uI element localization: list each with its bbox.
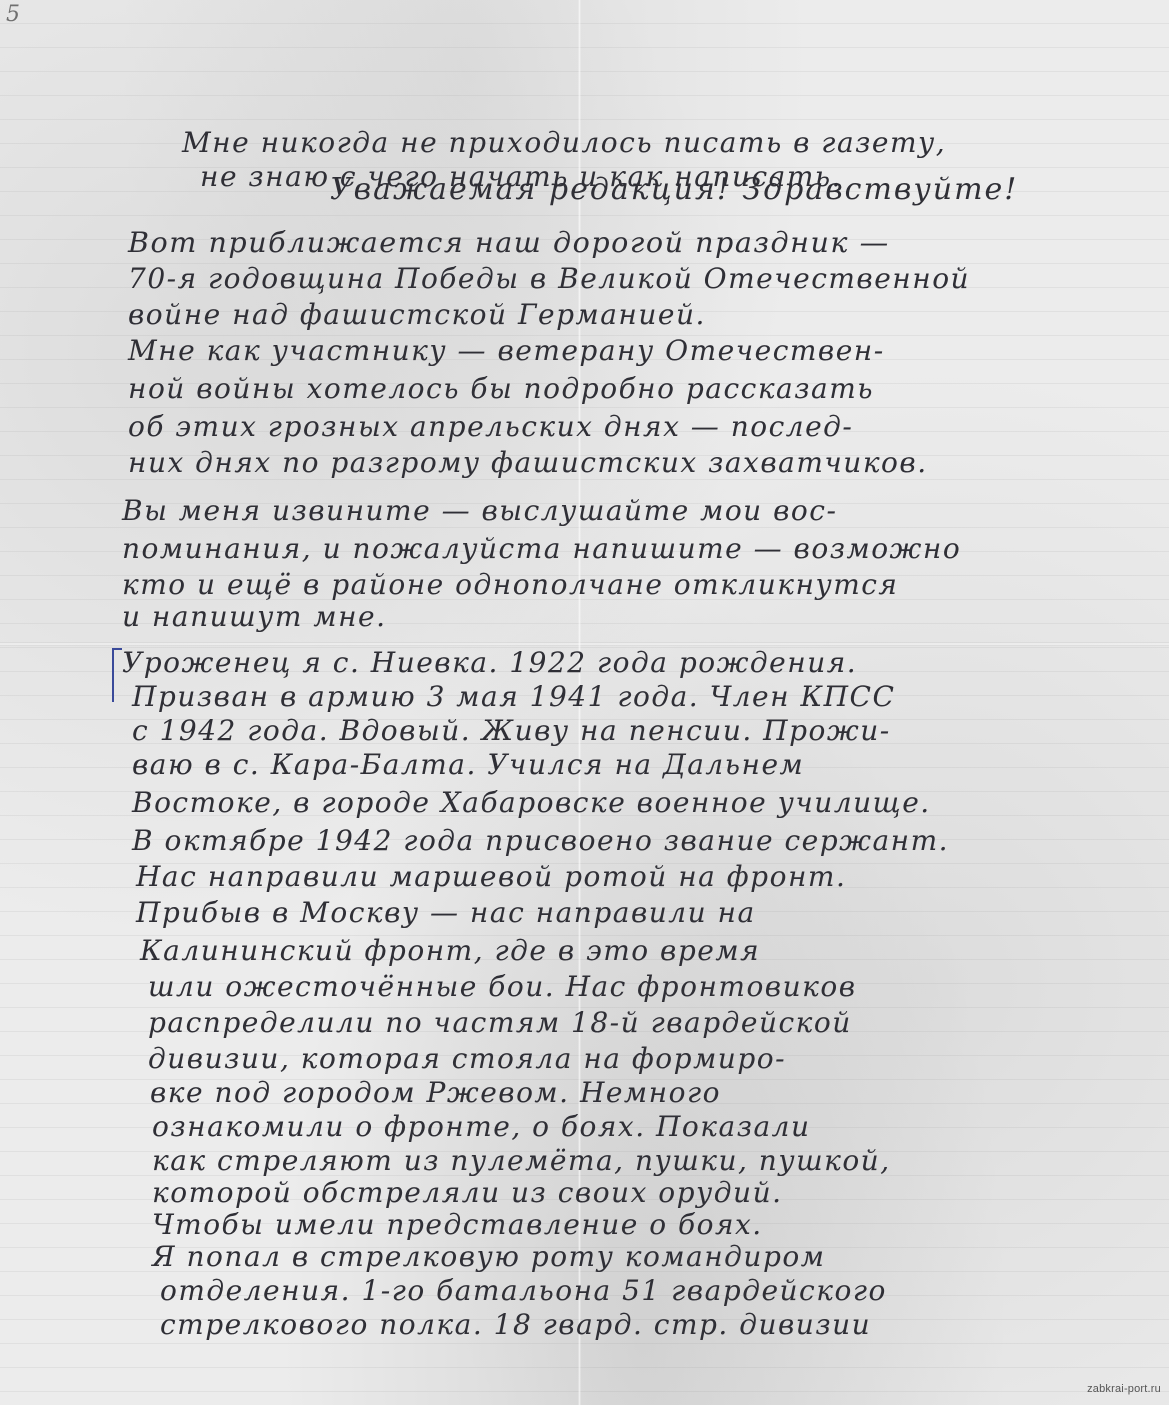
letter-line: не знаю с чего начать и как написать.	[200, 160, 842, 194]
letter-line: Востоке, в городе Хабаровске военное учи…	[132, 786, 931, 820]
letter-line: которой обстреляли из своих орудий.	[152, 1176, 783, 1210]
letter-line: и напишут мне.	[122, 600, 386, 634]
letter-line: Вот приближается наш дорогой праздник —	[128, 226, 890, 260]
letter-line: шли ожесточённые бои. Нас фронтовиков	[148, 970, 857, 1004]
letter-line: войне над фашистской Германией.	[128, 298, 706, 332]
letter-line: поминания, и пожалуйста напишите — возмо…	[122, 532, 961, 566]
letter-line: Призван в армию 3 мая 1941 года. Член КП…	[132, 680, 895, 714]
letter-line: стрелкового полка. 18 гвард. стр. дивизи…	[160, 1308, 871, 1342]
letter-line: В октябре 1942 года присвоено звание сер…	[132, 824, 949, 858]
letter-line: об этих грозных апрельских днях — послед…	[128, 410, 853, 444]
letter-line: Нас направили маршевой ротой на фронт.	[136, 860, 846, 894]
letter-line: ознакомили о фронте, о боях. Показали	[152, 1110, 811, 1144]
letter-line: Чтобы имели представление о боях.	[152, 1208, 763, 1242]
letter-line: дивизии, которая стояла на формиро-	[148, 1042, 786, 1076]
letter-line: Мне никогда не приходилось писать в газе…	[182, 126, 946, 160]
letter-line: Я попал в стрелковую роту командиром	[152, 1240, 825, 1274]
letter-line: распределили по частям 18-й гвардейской	[148, 1006, 852, 1040]
letter-line: как стреляют из пулемёта, пушки, пушкой,	[152, 1144, 891, 1178]
scanned-letter-page: 5 Уважаемая редакция! Здравствуйте! Мне …	[0, 0, 1169, 1405]
letter-line: них днях по разгрому фашистских захватчи…	[128, 446, 928, 480]
letter-line: кто и ещё в районе однополчане откликнут…	[122, 568, 898, 602]
letter-line: Мне как участнику — ветерану Отечествен-	[128, 334, 885, 368]
site-watermark: zabkrai-port.ru	[1087, 1383, 1161, 1395]
letter-line: вке под городом Ржевом. Немного	[150, 1076, 721, 1110]
letter-line: Вы меня извините — выслушайте мои вос-	[122, 494, 837, 528]
letter-line: 70-я годовщина Победы в Великой Отечеств…	[128, 262, 970, 296]
letter-line: Уроженец я с. Ниевка. 1922 года рождения…	[122, 646, 857, 680]
letter-line: с 1942 года. Вдовый. Живу на пенсии. Про…	[132, 714, 891, 748]
letter-line: ной войны хотелось бы подробно рассказат…	[128, 372, 874, 406]
letter-line: Калининский фронт, где в это время	[140, 934, 760, 968]
margin-bracket-mark	[112, 648, 122, 702]
letter-line: отделения. 1-го батальона 51 гвардейског…	[160, 1274, 887, 1308]
letter-line: Прибыв в Москву — нас направили на	[136, 896, 756, 930]
letter-line: ваю в с. Кара-Балта. Учился на Дальнем	[132, 748, 804, 782]
page-corner-mark: 5	[6, 2, 20, 27]
